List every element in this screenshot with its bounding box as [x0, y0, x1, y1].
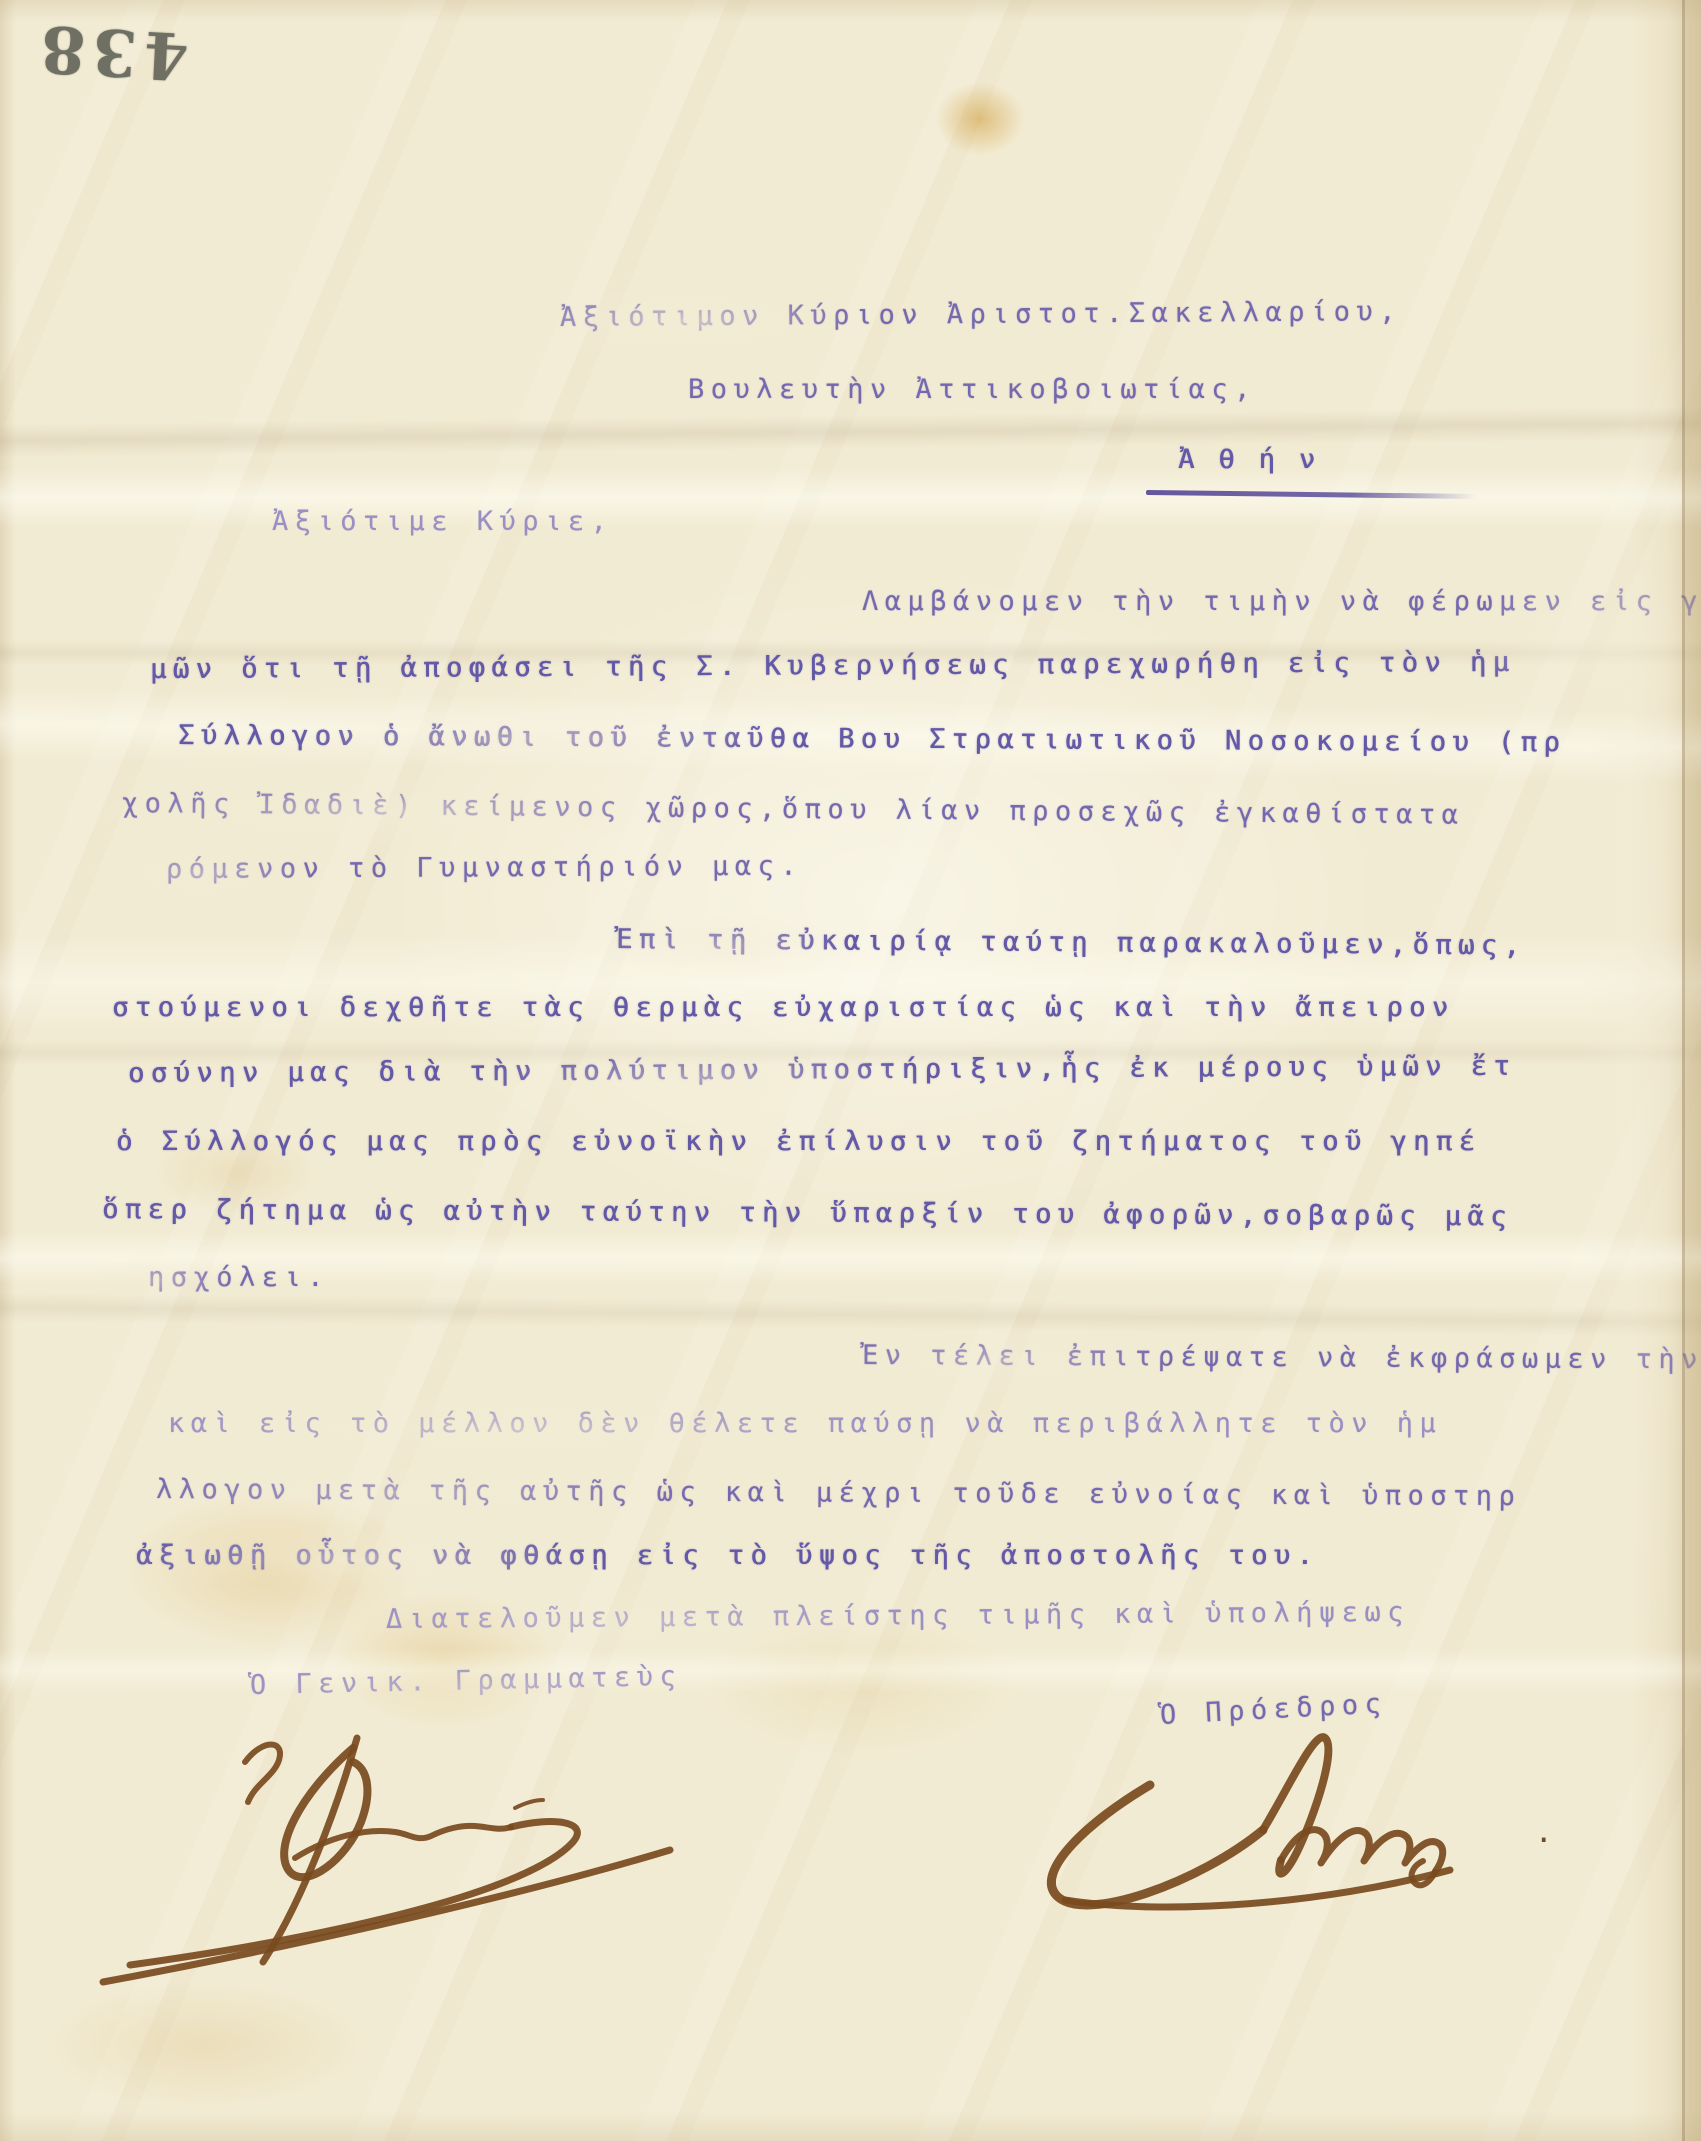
paper-crease	[0, 1292, 1701, 1338]
place-underline	[1146, 490, 1476, 499]
president-signature	[1005, 1700, 1585, 1960]
body-line: ρόμενον τὸ Γυμναστήριόν μας.	[166, 851, 803, 885]
secretary-signature	[85, 1730, 725, 2010]
paper-stain	[935, 82, 1025, 156]
valediction-line: Διατελοῦμεν μετὰ πλείστης τιμῆς καὶ ὑπολ…	[386, 1597, 1410, 1635]
page-edge-line	[1682, 0, 1685, 2141]
body-line: Σύλλογον ὁ ἄνωθι τοῦ ἐνταῦθα Βου Στρατιω…	[178, 720, 1566, 758]
body-line: καὶ εἰς τὸ μέλλον δὲν θέλετε παύσῃ νὰ πε…	[168, 1408, 1442, 1439]
body-line: ὅπερ ζήτημα ὡς αὐτὴν ταύτην τὴν ὕπαρξίν …	[102, 1194, 1513, 1232]
paper-stain	[700, 1610, 1020, 1760]
body-line: ὁ Σύλλογός μας πρὸς εὐνοϊκὴν ἐπίλυσιν το…	[116, 1126, 1481, 1157]
address-line-office: Βουλευτὴν Ἀττικοβοιωτίας,	[688, 374, 1257, 405]
body-line: Λαμβάνομεν τὴν τιμὴν νὰ φέρωμεν εἰς γνῶσ	[862, 586, 1701, 617]
body-line: ἀξιωθῇ οὗτος νὰ φθάσῃ εἰς τὸ ὕψος τῆς ἀπ…	[136, 1540, 1319, 1571]
archive-number-stamp: 438	[32, 10, 190, 93]
ink-fade-wash	[1580, 280, 1701, 1680]
body-line: χολῆς Ἰδαδιὲ) κείμενος χῶρος,ὅπου λίαν π…	[122, 788, 1465, 831]
body-line: ησχόλει.	[148, 1262, 330, 1293]
body-line: οσύνην μας διὰ τὴν πολύτιμον ὑποστήριξιν…	[128, 1051, 1516, 1089]
address-line-recipient: Ἀξιότιμον Κύριον Ἀριστοτ.Σακελλαρίου,	[560, 296, 1402, 333]
body-line: στούμενοι δεχθῆτε τὰς θερμὰς εὐχαριστίας…	[112, 992, 1455, 1023]
paper-crease	[0, 406, 1701, 459]
secretary-title: Ὁ Γενικ. Γραμματεὺς	[250, 1661, 683, 1701]
body-line: λλογον μετὰ τῆς αὐτῆς ὡς καὶ μέχρι τοῦδε…	[156, 1474, 1521, 1512]
body-line: Ἐν τέλει ἐπιτρέψατε νὰ ἐκφράσωμεν τὴν ἐλ…	[862, 1340, 1701, 1376]
body-line: Ἐπὶ τῇ εὐκαιρίᾳ ταύτῃ παρακαλοῦμεν,ὅπως,	[616, 924, 1526, 961]
body-line: μῶν ὅτι τῇ ἀποφάσει τῆς Σ. Κυβερνήσεως π…	[150, 647, 1515, 685]
place-line: Ἀθήν	[1178, 444, 1339, 475]
salutation: Ἀξιότιμε Κύριε,	[272, 506, 613, 537]
signature-trailing-period: .	[1538, 1810, 1549, 1851]
page-edge-shade	[1685, 0, 1701, 2141]
scanned-letter-page: 438 Ἀξιότιμον Κύριον Ἀριστοτ.Σακελλαρίου…	[0, 0, 1701, 2141]
